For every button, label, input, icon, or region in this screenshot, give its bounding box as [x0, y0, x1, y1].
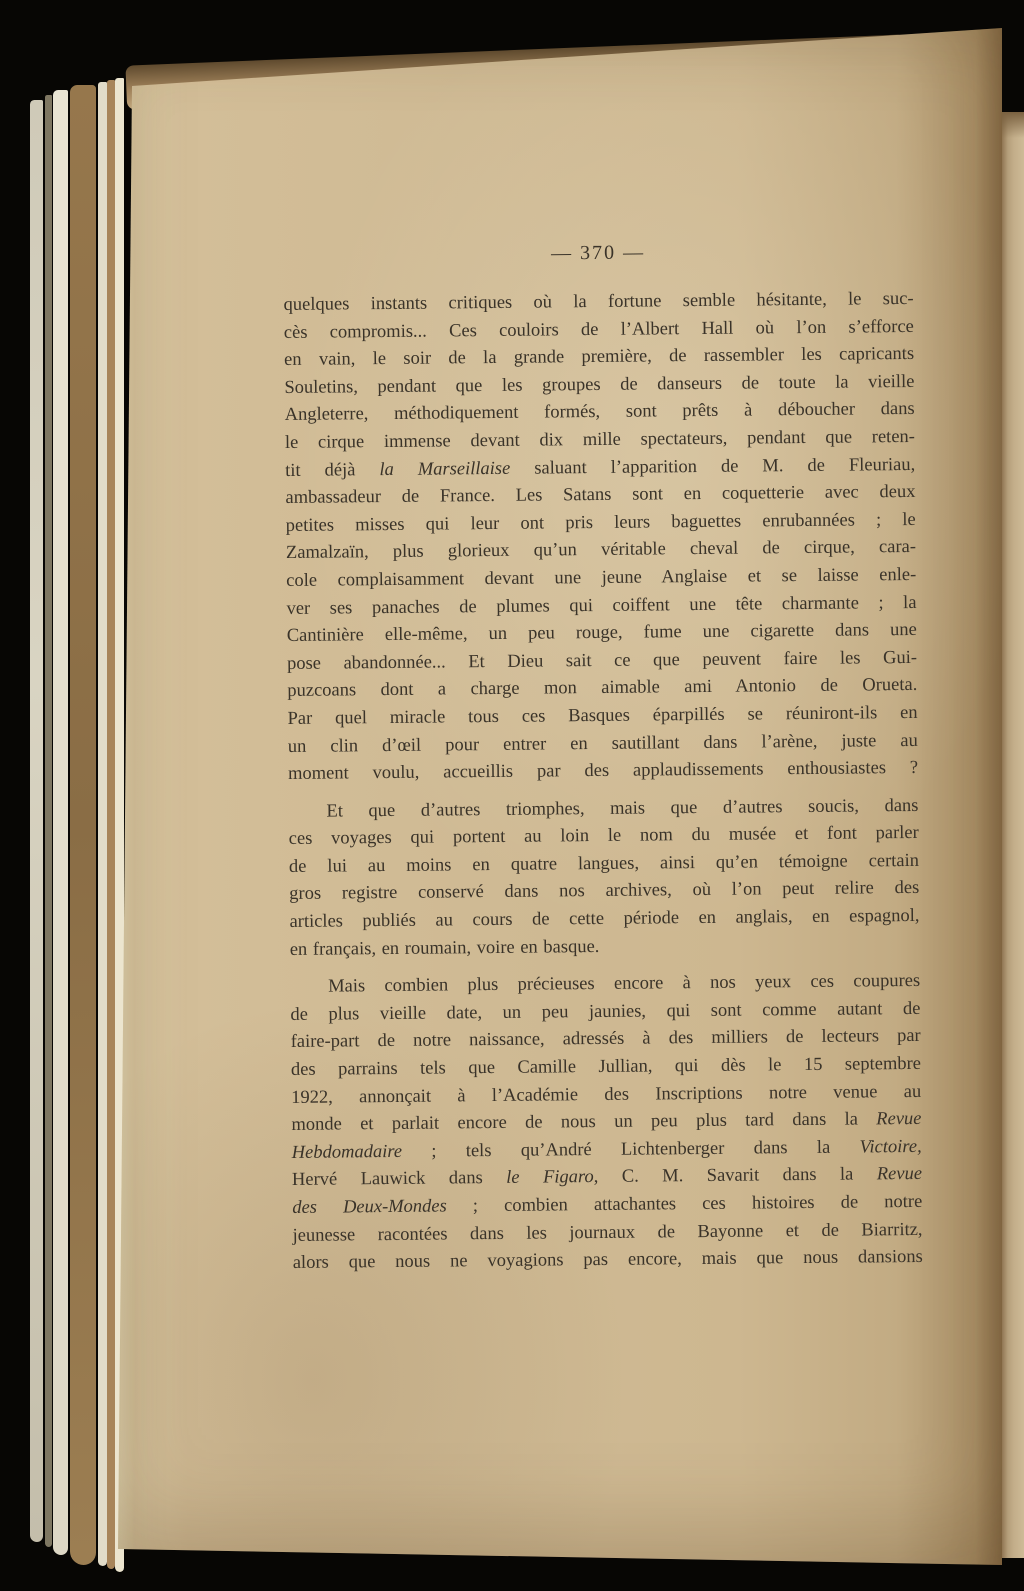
photo-of-open-book: — 370 — quelques instants critiques où l… — [0, 0, 1024, 1591]
page-number: — 370 — — [283, 236, 913, 270]
paragraph: Mais combien plus précieuses encore à no… — [290, 968, 923, 1278]
page-edge — [70, 85, 96, 1565]
page-edge — [53, 90, 68, 1555]
text-line: en français, en roumain, voire en basque… — [290, 931, 920, 965]
text-line: alors que nous ne voyagions pas encore, … — [293, 1244, 923, 1278]
page-content: — 370 — quelques instants critiques où l… — [283, 236, 923, 1278]
page-edge — [30, 100, 43, 1542]
text-line: moment voulu, accueillis par des applaud… — [288, 755, 918, 789]
page-edge — [98, 82, 107, 1566]
paragraph: Et que d’autres triomphes, mais que d’au… — [288, 793, 920, 965]
page-edge — [107, 80, 115, 1569]
paragraph: quelques instants critiques où la fortun… — [283, 286, 918, 789]
page-text: quelques instants critiques où la fortun… — [283, 286, 922, 1278]
page-edge — [45, 95, 52, 1547]
book-page: — 370 — quelques instants critiques où l… — [118, 28, 1002, 1565]
